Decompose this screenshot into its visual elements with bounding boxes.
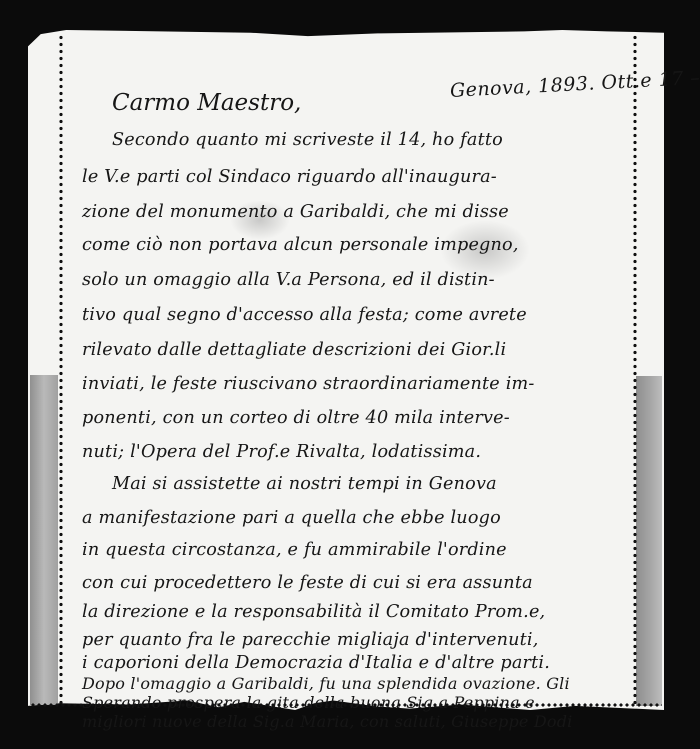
letter-line: inviati, le feste riuscivano straordinar… bbox=[82, 374, 535, 394]
letter-line: con cui procedettero le feste di cui si … bbox=[82, 573, 533, 593]
right-margin-shadow bbox=[636, 376, 662, 706]
letter-line: per quanto fra le parecchie migliaja d'i… bbox=[82, 630, 539, 650]
letter-line-closing: migliori nuove della Sig.a Maria, con sa… bbox=[82, 712, 573, 731]
perforation-left bbox=[59, 34, 63, 704]
letter-line: ponenti, con un corteo di oltre 40 mila … bbox=[82, 408, 510, 428]
letter-line: rilevato dalle dettagliate descrizioni d… bbox=[82, 340, 506, 360]
letter-line: zione del monumento a Garibaldi, che mi … bbox=[82, 202, 509, 222]
letter-line: Secondo quanto mi scriveste il 14, ho fa… bbox=[112, 130, 503, 150]
letter-line: Sperando prospera la gita della buona Si… bbox=[82, 693, 535, 712]
letter-line: solo un omaggio alla V.a Persona, ed il … bbox=[82, 270, 495, 290]
letter-line: la direzione e la responsabilità il Comi… bbox=[82, 602, 545, 622]
letter-line: nuti; l'Opera del Prof.e Rivalta, lodati… bbox=[82, 442, 481, 462]
letter-line: tivo qual segno d'accesso alla festa; co… bbox=[82, 305, 527, 325]
letter-line: Mai si assistette ai nostri tempi in Gen… bbox=[112, 474, 497, 494]
letter-line: i caporioni della Democrazia d'Italia e … bbox=[82, 653, 550, 673]
letter-line: le V.e parti col Sindaco riguardo all'in… bbox=[82, 167, 497, 187]
letter-line: come ciò non portava alcun personale imp… bbox=[82, 235, 519, 255]
letter-line: Dopo l'omaggio a Garibaldi, fu una splen… bbox=[82, 674, 570, 693]
letter-line: a manifestazione pari a quella che ebbe … bbox=[82, 508, 501, 528]
letter-line: in questa circostanza, e fu ammirabile l… bbox=[82, 540, 507, 560]
salutation: Carmo Maestro, bbox=[112, 90, 301, 116]
left-margin-shadow bbox=[30, 375, 58, 705]
perforation-right bbox=[633, 34, 637, 704]
